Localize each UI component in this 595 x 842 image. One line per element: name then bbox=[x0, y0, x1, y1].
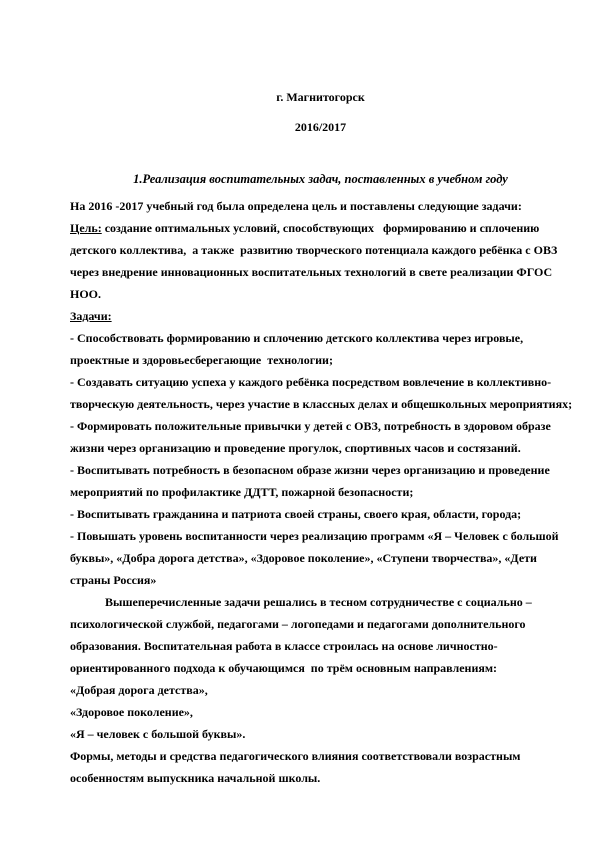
underlined-label: Задачи: bbox=[70, 309, 112, 323]
year-line: 2016/2017 bbox=[70, 116, 571, 138]
body-line: - Создавать ситуацию успеха у каждого ре… bbox=[70, 371, 571, 393]
body-line: - Воспитывать потребность в безопасном о… bbox=[70, 459, 571, 481]
body-line: - Повышать уровень воспитанности через р… bbox=[70, 525, 571, 547]
body-line: «Здоровое поколение», bbox=[70, 701, 571, 723]
body-line: Формы, методы и средства педагогического… bbox=[70, 745, 571, 767]
city-line: г. Магнитогорск bbox=[70, 86, 571, 108]
body-line: «Добрая дорога детства», bbox=[70, 679, 571, 701]
document-page: г. Магнитогорск 2016/2017 1.Реализация в… bbox=[0, 0, 595, 842]
body-line: детского коллектива, а также развитию тв… bbox=[70, 239, 571, 261]
body-line: Цель: создание оптимальных условий, спос… bbox=[70, 217, 571, 239]
section-heading: 1.Реализация воспитательных задач, поста… bbox=[70, 168, 571, 190]
body-line: «Я – человек с большой буквы». bbox=[70, 723, 571, 745]
body-line: страны Россия» bbox=[70, 569, 571, 591]
body-line: Задачи: bbox=[70, 305, 571, 327]
body-line: На 2016 -2017 учебный год была определен… bbox=[70, 195, 571, 217]
body-line: через внедрение инновационных воспитател… bbox=[70, 261, 571, 283]
body-line: - Воспитывать гражданина и патриота свое… bbox=[70, 503, 571, 525]
body-line: - Способствовать формированию и сплочени… bbox=[70, 327, 571, 349]
body-line: мероприятий по профилактике ДДТТ, пожарн… bbox=[70, 481, 571, 503]
document-body: На 2016 -2017 учебный год была определен… bbox=[70, 195, 571, 789]
body-line: буквы», «Добра дорога детства», «Здорово… bbox=[70, 547, 571, 569]
body-line: НОО. bbox=[70, 283, 571, 305]
body-line: творческую деятельность, через участие в… bbox=[70, 393, 571, 415]
body-line: - Формировать положительные привычки у д… bbox=[70, 415, 571, 437]
body-line: образования. Воспитательная работа в кла… bbox=[70, 635, 571, 657]
body-line: проектные и здоровьесберегающие технолог… bbox=[70, 349, 571, 371]
underlined-label: Цель: bbox=[70, 221, 102, 235]
body-line: психологической службой, педагогами – ло… bbox=[70, 613, 571, 635]
body-line: жизни через организацию и проведение про… bbox=[70, 437, 571, 459]
body-line: ориентированного подхода к обучающимся п… bbox=[70, 657, 571, 679]
body-line: Вышеперечисленные задачи решались в тесн… bbox=[70, 591, 571, 613]
body-line: особенностям выпускника начальной школы. bbox=[70, 767, 571, 789]
